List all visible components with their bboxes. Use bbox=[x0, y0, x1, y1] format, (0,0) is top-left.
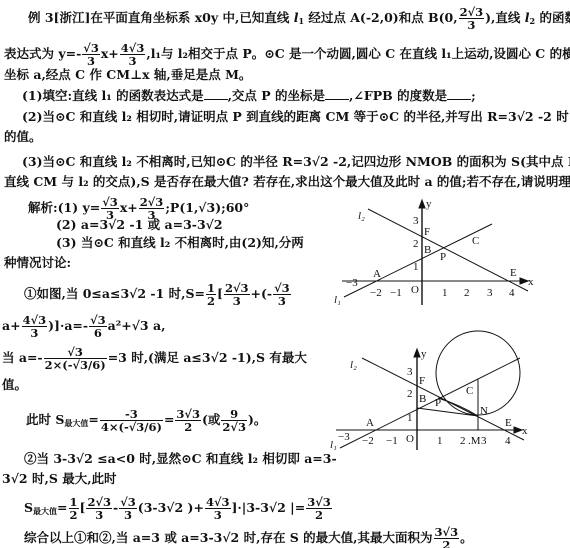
line-l2 bbox=[362, 358, 524, 440]
point-F-label: F bbox=[419, 375, 425, 387]
text: 当 a=- bbox=[2, 350, 43, 365]
tick-label: 4 bbox=[509, 287, 515, 299]
text: (3-3√2 )+ bbox=[138, 500, 204, 515]
tick-label: 2 bbox=[413, 238, 419, 250]
text: ,交点 P 的坐标是 bbox=[228, 88, 325, 103]
fraction: 4√33 bbox=[22, 314, 48, 339]
text: ),直线 bbox=[485, 10, 525, 25]
denominator: 3 bbox=[224, 295, 250, 307]
case-1-max-line: 此时 S最大值=-34×(-√3/6)=3√32(或92√3)。 bbox=[26, 408, 266, 433]
text: ,∠FPB 的度数是 bbox=[349, 88, 447, 103]
conclusion: 综合以上①和②,当 a=3 或 a=3-3√2 时,存在 S 的最大值,其最大面… bbox=[24, 526, 473, 548]
denominator: 2 bbox=[69, 509, 79, 521]
text: 例 3[浙江]在平面直角坐标系 x0y 中,已知直线 bbox=[28, 10, 294, 25]
denominator: 4×(-√3/6) bbox=[100, 421, 163, 433]
fraction: 4√33 bbox=[205, 496, 231, 521]
subscript: 最大值 bbox=[33, 506, 57, 516]
question-2-line-2: 的值。 bbox=[4, 130, 42, 144]
denominator: 2 bbox=[306, 509, 332, 521]
denominator: 2 bbox=[434, 539, 460, 548]
fraction: 92√3 bbox=[221, 408, 247, 433]
text: 经过点 A(-2,0)和点 B(0, bbox=[304, 10, 458, 25]
x-arrow-icon bbox=[514, 427, 522, 433]
case-1-line-3: 当 a=-√32×(-√3/6)=3 时,(满足 a≤3√2 -1),S 有最大 bbox=[2, 346, 307, 371]
text: = bbox=[164, 412, 174, 427]
case-2-line-2: 3√2 时,S 最大,此时 bbox=[2, 472, 117, 486]
text: a+ bbox=[2, 318, 21, 333]
fraction: 2√33 bbox=[86, 496, 112, 521]
denominator: 6 bbox=[89, 327, 107, 339]
fraction: 3√32 bbox=[175, 408, 201, 433]
text: 的函数 bbox=[535, 10, 570, 25]
fraction: √33 bbox=[273, 282, 291, 307]
fraction: √36 bbox=[89, 314, 107, 339]
tick-label: 3 bbox=[487, 287, 493, 299]
point-P-label: P bbox=[435, 397, 441, 409]
point-A-label: A bbox=[366, 417, 374, 429]
line-l2-label: l₂ bbox=[358, 210, 365, 222]
x-arrow-icon bbox=[520, 278, 528, 284]
point-P-label: P bbox=[440, 251, 446, 263]
text: ,l₁与 l₂相交于点 P。⊙C 是一个动圆,圆心 C 在直线 l₁上运动,设圆… bbox=[146, 46, 570, 61]
point-F-label: F bbox=[424, 226, 430, 238]
point-E-label: E bbox=[510, 267, 517, 279]
problem-line-2: 表达式为 y=-√33x+4√33,l₁与 l₂相交于点 P。⊙C 是一个动圆,… bbox=[4, 42, 570, 67]
tick-label: 3 bbox=[413, 215, 419, 227]
text: x+ bbox=[120, 200, 138, 215]
line-l1-label: l₁ bbox=[330, 439, 337, 450]
denominator: 3 bbox=[82, 55, 100, 67]
solution-2: (2) a=3√2 -1 或 a=3-3√2 bbox=[56, 218, 223, 232]
fraction: √33 bbox=[82, 42, 100, 67]
denominator: 3 bbox=[273, 295, 291, 307]
tick-label: −3 bbox=[346, 277, 358, 289]
fraction: -34×(-√3/6) bbox=[100, 408, 163, 433]
case-1-line-2: a+4√33)]·a=-√36a²+√3 a, bbox=[2, 314, 165, 339]
text: ;P(1,√3);60° bbox=[165, 200, 249, 215]
x-axis-label: x bbox=[522, 425, 528, 437]
text: = bbox=[88, 412, 98, 427]
denominator: 3 bbox=[86, 509, 112, 521]
fraction-B: 2√33 bbox=[459, 6, 485, 31]
solution-3-line-1: (3) 当⊙C 和直线 l₂ 不相离时,由(2)知,分两 bbox=[56, 236, 304, 250]
text: x+ bbox=[101, 46, 119, 61]
y-axis-label: y bbox=[421, 348, 427, 360]
text: 此时 S bbox=[26, 412, 64, 427]
solution-3-line-2: 种情况讨论: bbox=[4, 256, 71, 270]
case-2-line-1: ②当 3-3√2 ≤a<0 时,显然⊙C 和直线 l₂ 相切即 a=3- bbox=[24, 452, 337, 466]
denominator: 2 bbox=[175, 421, 201, 433]
text: 表达式为 y=- bbox=[4, 46, 81, 61]
line-l1-label: l₁ bbox=[334, 294, 341, 306]
tick-label: 3 bbox=[407, 366, 413, 378]
point-A-label: A bbox=[373, 268, 381, 280]
point-N-label: N bbox=[480, 405, 488, 417]
point-M-label: .M bbox=[468, 435, 481, 447]
tick-label: −1 bbox=[386, 435, 398, 447]
answer-blank bbox=[204, 89, 228, 100]
denominator: 2 bbox=[206, 295, 216, 307]
point-C-label: C bbox=[472, 235, 479, 247]
text: a²+√3 a, bbox=[108, 318, 166, 333]
fraction: √32×(-√3/6) bbox=[44, 346, 107, 371]
fraction: √33 bbox=[119, 496, 137, 521]
point-E-label: E bbox=[505, 417, 512, 429]
fraction: 3√32 bbox=[434, 526, 460, 548]
point-C-label: C bbox=[466, 385, 473, 397]
text: ①如图,当 0≤a≤3√2 -1 时,S= bbox=[24, 286, 205, 301]
text: )。 bbox=[248, 412, 266, 427]
x-axis-label: x bbox=[528, 276, 534, 288]
text: +(- bbox=[251, 286, 273, 301]
text: S bbox=[24, 500, 33, 515]
denominator: 3 bbox=[459, 19, 485, 31]
solution-label: 解析: bbox=[28, 200, 58, 215]
tick-label: 2 bbox=[464, 287, 470, 299]
tick-label: −3 bbox=[338, 431, 350, 443]
text: [ bbox=[80, 500, 86, 515]
point-B-label: B bbox=[419, 393, 426, 405]
text: ]·|3-3√2 |= bbox=[232, 500, 306, 515]
fraction: 4√33 bbox=[120, 42, 146, 67]
text: ; bbox=[471, 88, 476, 103]
tick-label: 2 bbox=[460, 435, 466, 447]
origin-label: O bbox=[406, 433, 414, 445]
line-l2-label: l₂ bbox=[350, 359, 357, 371]
answer-blank bbox=[447, 89, 471, 100]
denominator: 2×(-√3/6) bbox=[44, 359, 107, 371]
origin-label: O bbox=[411, 284, 419, 296]
text: 综合以上①和②,当 a=3 或 a=3-3√2 时,存在 S 的最大值,其最大面… bbox=[24, 530, 433, 545]
tick-label: 3 bbox=[481, 435, 487, 447]
tick-label: −1 bbox=[390, 287, 402, 299]
problem-line-1: 例 3[浙江]在平面直角坐标系 x0y 中,已知直线 l1 经过点 A(-2,0… bbox=[28, 6, 570, 31]
figure-2-graph: −3 −2 −1 O 1 2 .M 3 4 x y 3 2 1 A F B P … bbox=[330, 320, 570, 450]
answer-blank bbox=[325, 89, 349, 100]
fraction: 12 bbox=[69, 496, 79, 521]
denominator: 2√3 bbox=[221, 421, 247, 433]
question-2-line-1: (2)当⊙C 和直线 l₂ 相切时,请证明点 P 到直线的距离 CM 等于⊙C … bbox=[22, 110, 570, 124]
case-1-line-1: ①如图,当 0≤a≤3√2 -1 时,S=12[2√33+(-√33 bbox=[24, 282, 292, 307]
tick-label: 2 bbox=[407, 388, 413, 400]
tick-label: 1 bbox=[442, 287, 448, 299]
case-2-max-line: S最大值=12[2√33-√33(3-3√2 )+4√33]·|3-3√2 |=… bbox=[24, 496, 333, 521]
text: =3 时,(满足 a≤3√2 -1),S 有最大 bbox=[108, 350, 307, 365]
text: [ bbox=[217, 286, 223, 301]
line-l2 bbox=[368, 209, 528, 291]
tick-label: 4 bbox=[505, 435, 511, 447]
denominator: 3 bbox=[22, 327, 48, 339]
tick-label: −2 bbox=[362, 435, 374, 447]
case-1-line-4: 值。 bbox=[2, 378, 27, 392]
y-arrow-icon bbox=[414, 349, 420, 357]
text: )]·a=- bbox=[48, 318, 88, 333]
fraction: 2√33 bbox=[224, 282, 250, 307]
y-axis-label: y bbox=[426, 198, 432, 210]
problem-line-3: 坐标 a,经点 C 作 CM⊥x 轴,垂足是点 M。 bbox=[4, 68, 251, 82]
subscript: 最大值 bbox=[64, 418, 88, 428]
tick-label: −2 bbox=[370, 287, 382, 299]
y-arrow-icon bbox=[419, 200, 425, 208]
tick-label: 1 bbox=[407, 412, 413, 424]
text: (或 bbox=[202, 412, 220, 427]
tick-label: 1 bbox=[437, 435, 443, 447]
fraction: 12 bbox=[206, 282, 216, 307]
text: 。 bbox=[460, 530, 473, 545]
denominator: 3 bbox=[205, 509, 231, 521]
figure-1-graph: −3 −2 −1 O 1 2 3 4 x y 3 2 1 A F B P C E… bbox=[330, 185, 570, 310]
text: = bbox=[57, 500, 67, 515]
question-3-line-1: (3)当⊙C 和直线 l₂ 不相离时,已知⊙C 的半径 R=3√2 -2,记四边… bbox=[22, 155, 570, 169]
text: (1)填空:直线 l₁ 的函数表达式是 bbox=[22, 88, 204, 103]
text: (1) y= bbox=[58, 200, 101, 215]
point-B-label: B bbox=[424, 244, 431, 256]
text: - bbox=[113, 500, 118, 515]
question-1: (1)填空:直线 l₁ 的函数表达式是,交点 P 的坐标是,∠FPB 的度数是; bbox=[22, 89, 476, 103]
fraction: 3√32 bbox=[306, 496, 332, 521]
denominator: 3 bbox=[119, 509, 137, 521]
denominator: 3 bbox=[120, 55, 146, 67]
tick-label: 1 bbox=[413, 261, 419, 273]
